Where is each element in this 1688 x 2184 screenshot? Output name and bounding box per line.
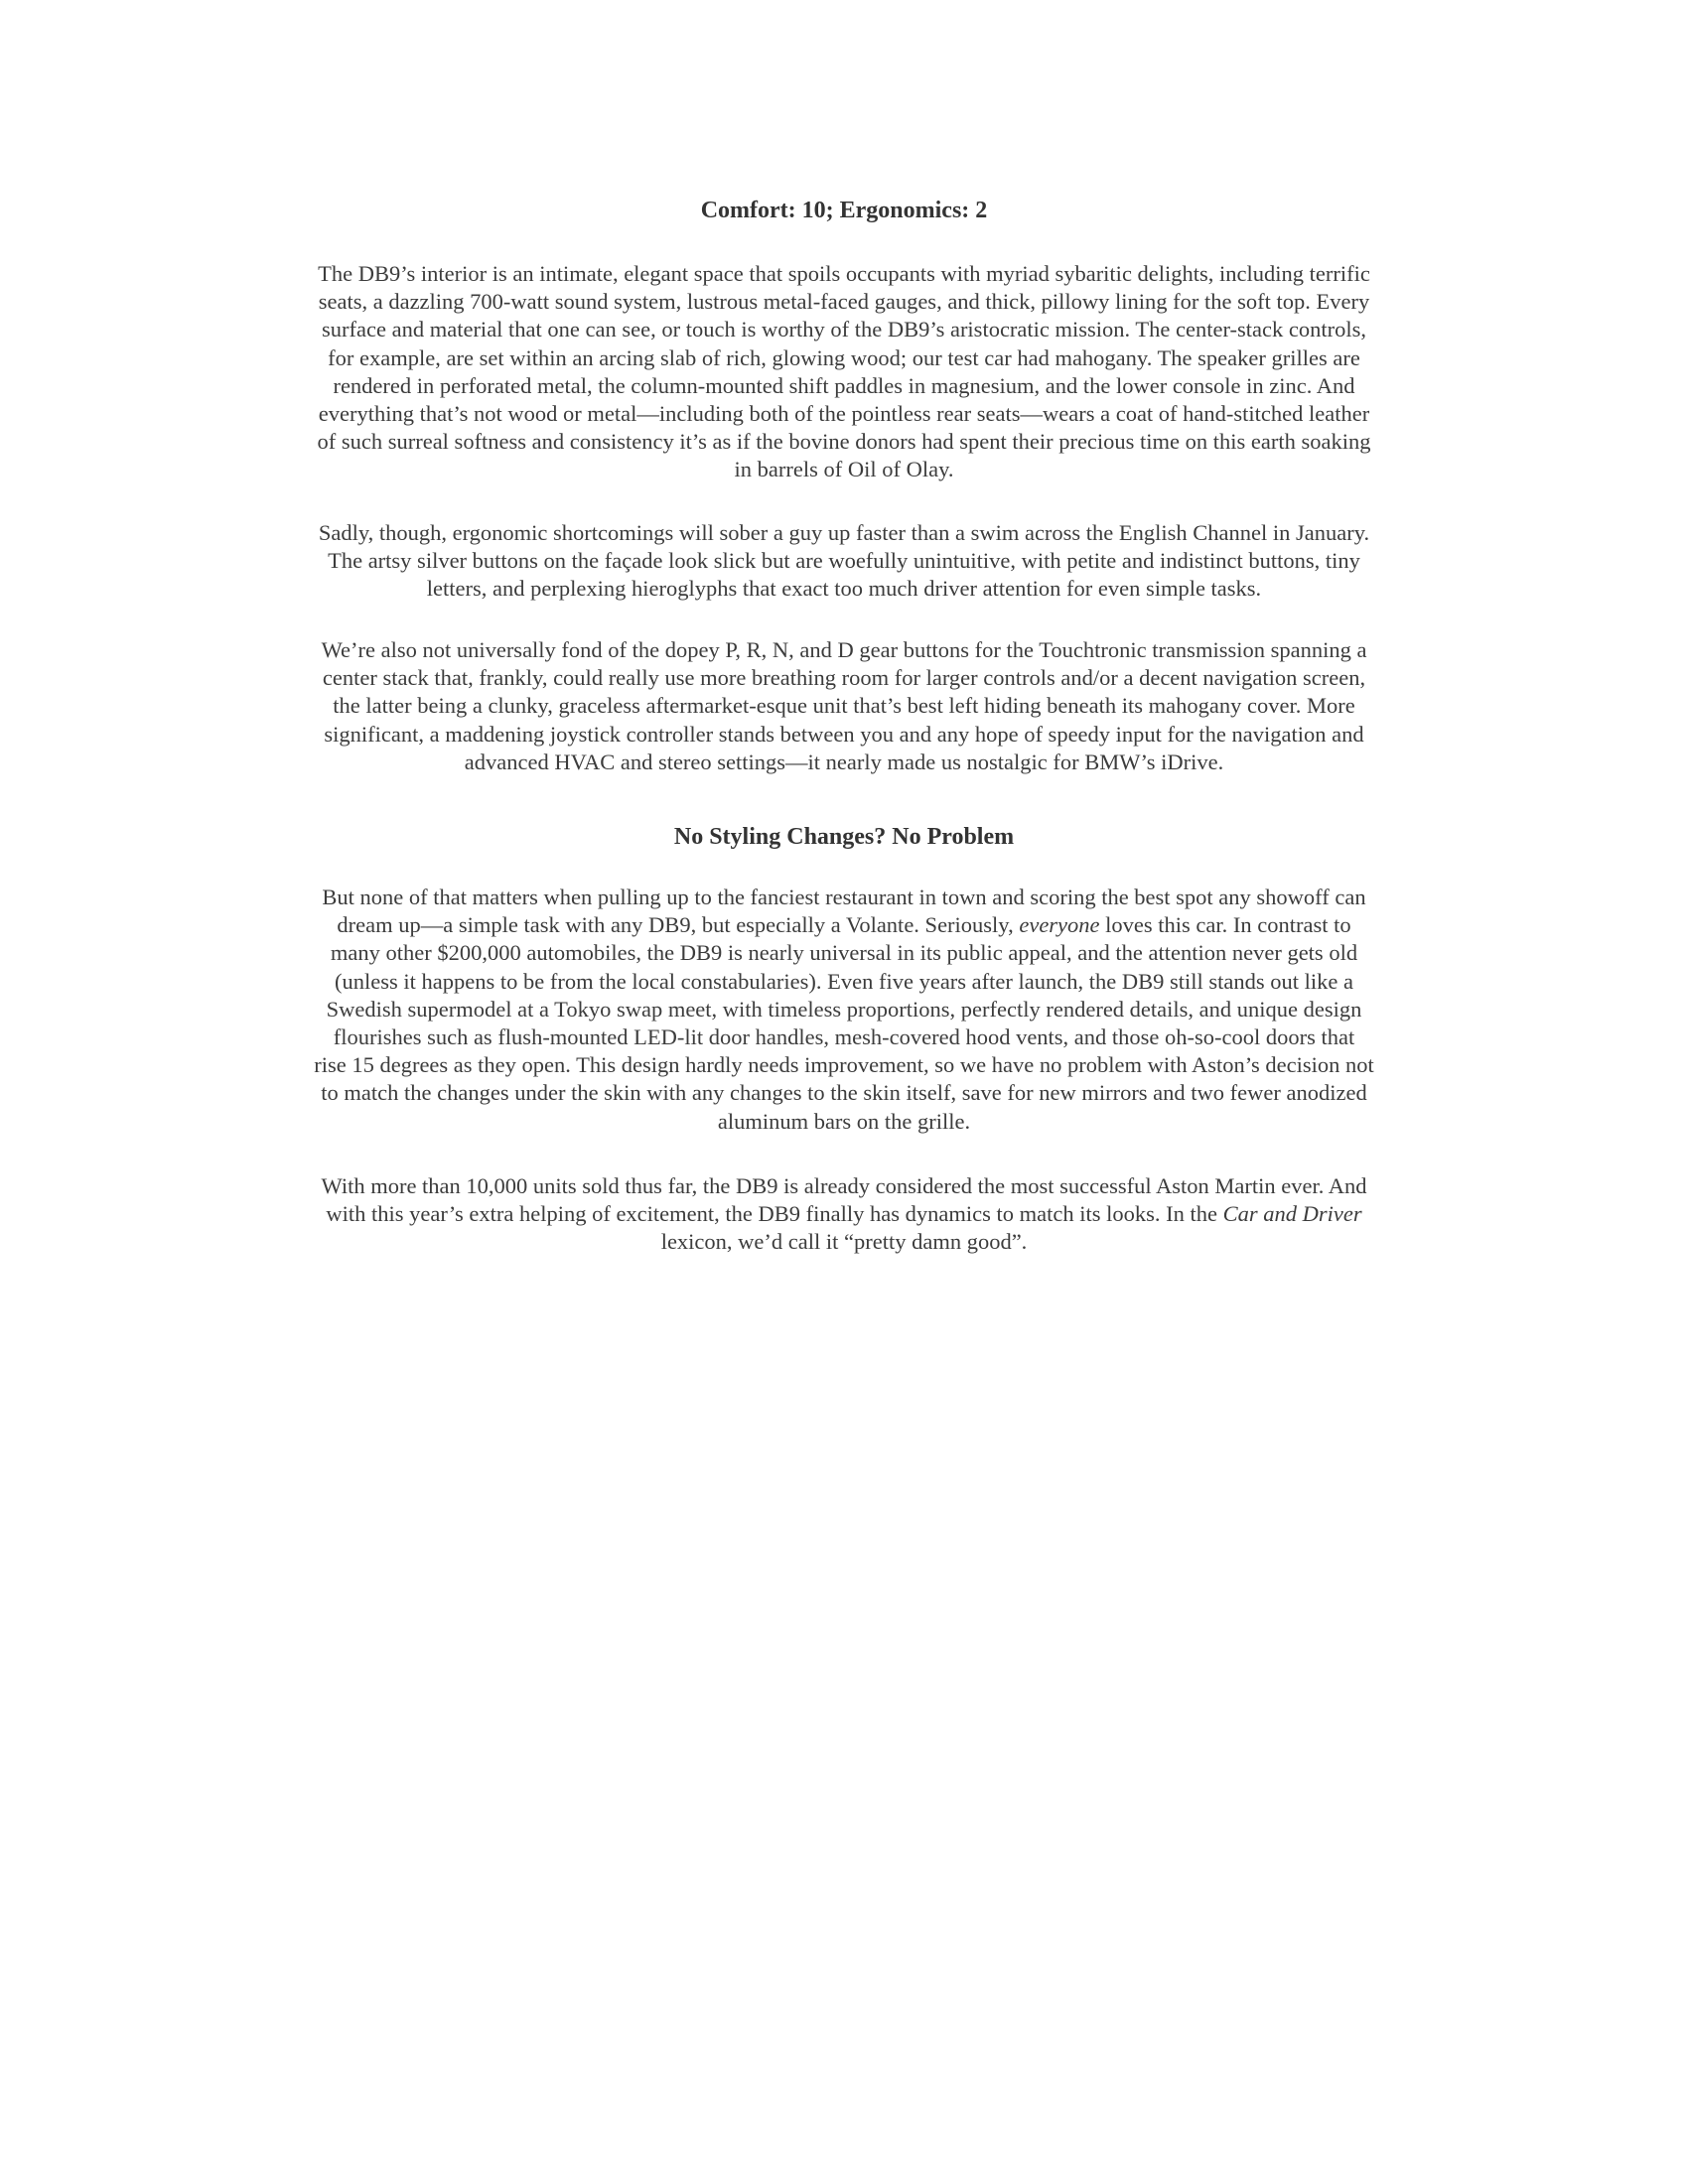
text-line: lexicon, we’d call it “pretty damn good”… [199,1228,1489,1256]
text-line: With more than 10,000 units sold thus fa… [199,1172,1489,1200]
section-heading-styling: No Styling Changes? No Problem [199,823,1489,851]
text-segment: dream up—a simple task with any DB9, but… [337,912,1019,937]
text-line: center stack that, frankly, could really… [199,664,1489,692]
text-line: for example, are set within an arcing sl… [199,344,1489,372]
text-segment: loves this car. In contrast to [1100,912,1351,937]
emphasis-everyone: everyone [1019,912,1099,937]
text-line: aluminum bars on the grille. [199,1108,1489,1136]
text-line: The artsy silver buttons on the façade l… [199,547,1489,575]
text-line: advanced HVAC and stereo settings—it nea… [199,749,1489,776]
text-line: surface and material that one can see, o… [199,316,1489,343]
paragraph-interior: The DB9’s interior is an intimate, elega… [199,260,1489,484]
section-heading-comfort: Comfort: 10; Ergonomics: 2 [199,197,1489,224]
text-line: of such surreal softness and consistency… [199,428,1489,456]
text-line: Sadly, though, ergonomic shortcomings wi… [199,519,1489,547]
emphasis-publication-name: Car and Driver [1223,1201,1362,1226]
text-segment: with this year’s extra helping of excite… [326,1201,1222,1226]
text-line: (unless it happens to be from the local … [199,968,1489,996]
text-line: rendered in perforated metal, the column… [199,372,1489,400]
text-line: to match the changes under the skin with… [199,1079,1489,1107]
text-line: the latter being a clunky, graceless aft… [199,692,1489,720]
paragraph-ergonomics: Sadly, though, ergonomic shortcomings wi… [199,519,1489,604]
text-line: significant, a maddening joystick contro… [199,721,1489,749]
text-line: with this year’s extra helping of excite… [199,1200,1489,1228]
paragraph-conclusion: With more than 10,000 units sold thus fa… [199,1172,1489,1257]
text-line: The DB9’s interior is an intimate, elega… [199,260,1489,288]
paragraph-styling: But none of that matters when pulling up… [199,884,1489,1136]
text-line: letters, and perplexing hieroglyphs that… [199,575,1489,603]
text-line: seats, a dazzling 700-watt sound system,… [199,288,1489,316]
text-line: But none of that matters when pulling up… [199,884,1489,911]
text-line: We’re also not universally fond of the d… [199,636,1489,664]
text-line: rise 15 degrees as they open. This desig… [199,1051,1489,1079]
text-line: in barrels of Oil of Olay. [199,456,1489,483]
text-line: many other $200,000 automobiles, the DB9… [199,939,1489,967]
text-line: dream up—a simple task with any DB9, but… [199,911,1489,939]
text-line: flourishes such as flush-mounted LED-lit… [199,1024,1489,1051]
paragraph-gear-buttons: We’re also not universally fond of the d… [199,636,1489,776]
text-line: everything that’s not wood or metal—incl… [199,400,1489,428]
text-line: Swedish supermodel at a Tokyo swap meet,… [199,996,1489,1024]
